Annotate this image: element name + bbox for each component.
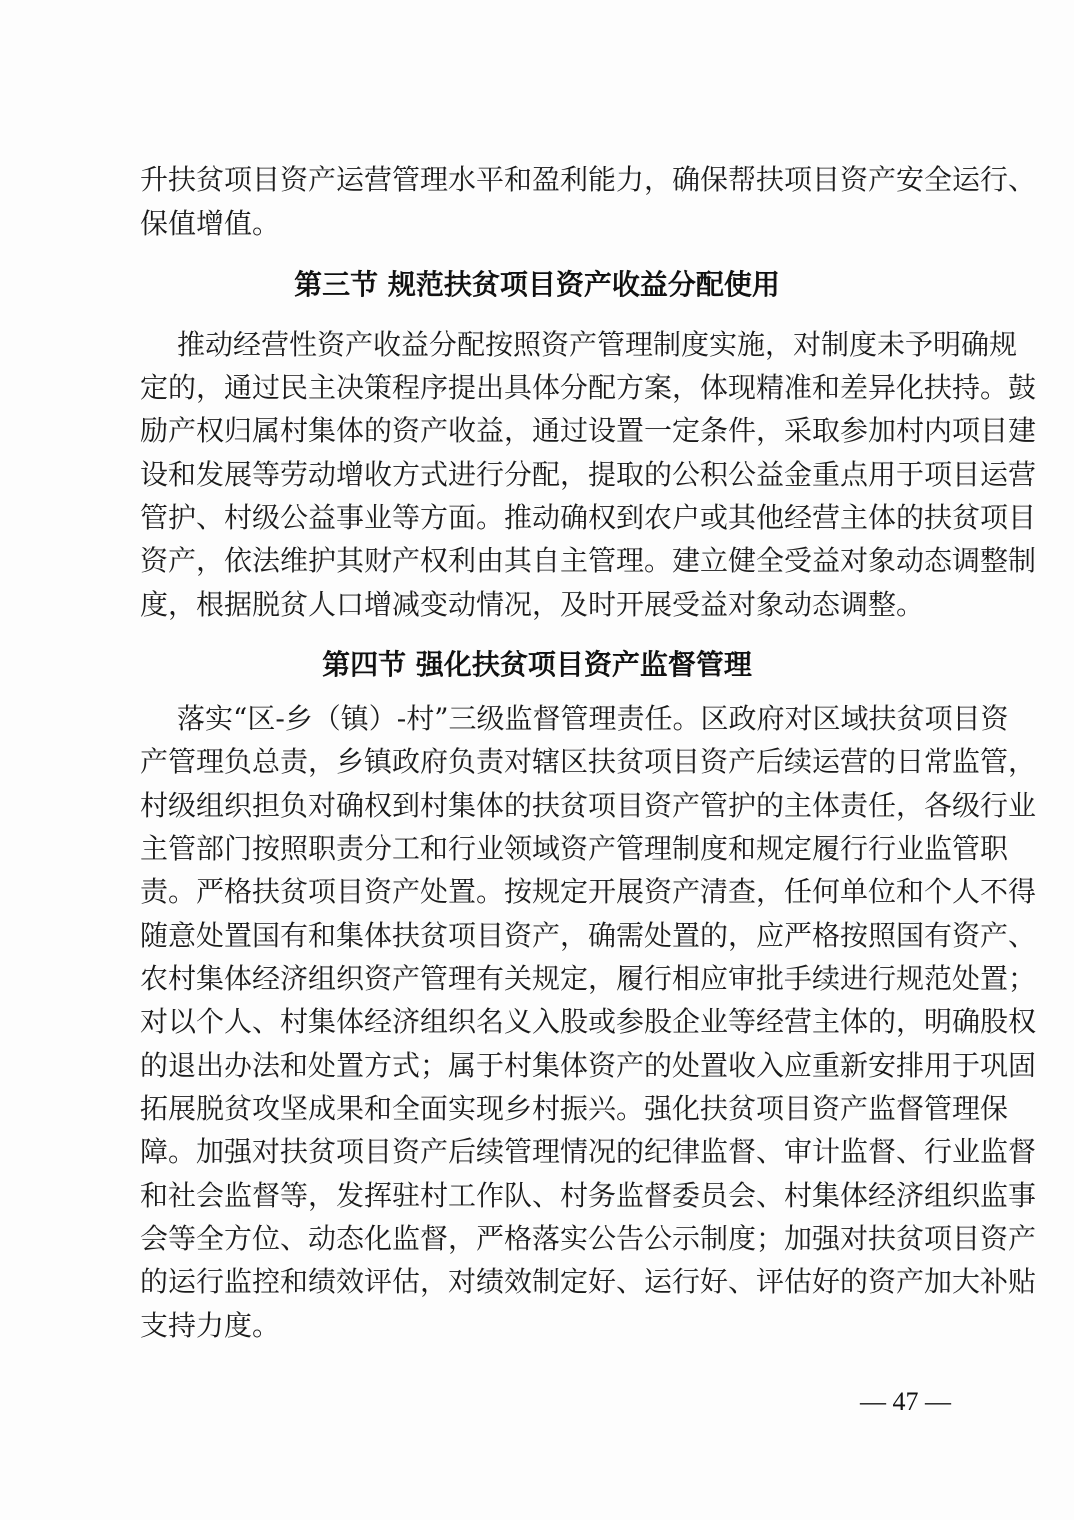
paragraph-line: 支持力度。 xyxy=(140,1304,936,1348)
paragraph-line: 农村集体经济组织资产管理有关规定，履行相应审批手续进行规范处置； xyxy=(140,957,936,1001)
section-heading: 第三节 规范扶贫项目资产收益分配使用 xyxy=(0,265,1074,305)
paragraph-line: 推动经营性资产收益分配按照资产管理制度实施，对制度未予明确规 xyxy=(177,323,936,367)
paragraph-line: 励产权归属村集体的资产收益，通过设置一定条件，采取参加村内项目建 xyxy=(140,409,936,453)
paragraph-line: 设和发展等劳动增收方式进行分配，提取的公积公益金重点用于项目运营 xyxy=(140,453,936,497)
page-number: — 47 — xyxy=(860,1384,944,1420)
paragraph-line: 管护、村级公益事业等方面。推动确权到农户或其他经营主体的扶贫项目 xyxy=(140,496,936,540)
paragraph-line: 的退出办法和处置方式；属于村集体资产的处置收入应重新安排用于巩固 xyxy=(140,1044,936,1088)
paragraph-line: 升扶贫项目资产运营管理水平和盈利能力，确保帮扶项目资产安全运行、 xyxy=(140,158,936,202)
paragraph-line: 度，根据脱贫人口增减变动情况，及时开展受益对象动态调整。 xyxy=(140,583,936,627)
paragraph-line: 保值增值。 xyxy=(140,202,936,246)
paragraph-line: 责。严格扶贫项目资产处置。按规定开展资产清查，任何单位和个人不得 xyxy=(140,870,936,914)
paragraph-line: 资产，依法维护其财产权利由其自主管理。建立健全受益对象动态调整制 xyxy=(140,539,936,583)
paragraph-line: 定的，通过民主决策程序提出具体分配方案，体现精准和差异化扶持。鼓 xyxy=(140,366,936,410)
paragraph-line: 的运行监控和绩效评估，对绩效制定好、运行好、评估好的资产加大补贴 xyxy=(140,1260,936,1304)
paragraph-line: 产管理负总责，乡镇政府负责对辖区扶贫项目资产后续运营的日常监管， xyxy=(140,740,936,784)
paragraph-line: 会等全方位、动态化监督，严格落实公告公示制度；加强对扶贫项目资产 xyxy=(140,1217,936,1261)
document-page: 升扶贫项目资产运营管理水平和盈利能力，确保帮扶项目资产安全运行、 保值增值。 第… xyxy=(0,0,1074,1520)
paragraph-line: 落实“区-乡（镇）-村”三级监督管理责任。区政府对区域扶贫项目资 xyxy=(177,697,936,741)
paragraph-line: 村级组织担负对确权到村集体的扶贫项目资产管护的主体责任，各级行业 xyxy=(140,784,936,828)
paragraph-line: 障。加强对扶贫项目资产后续管理情况的纪律监督、审计监督、行业监督 xyxy=(140,1130,936,1174)
paragraph-line: 主管部门按照职责分工和行业领域资产管理制度和规定履行行业监管职 xyxy=(140,827,936,871)
paragraph-line: 对以个人、村集体经济组织名义入股或参股企业等经营主体的，明确股权 xyxy=(140,1000,936,1044)
paragraph-line: 和社会监督等，发挥驻村工作队、村务监督委员会、村集体经济组织监事 xyxy=(140,1174,936,1218)
paragraph-line: 随意处置国有和集体扶贫项目资产，确需处置的，应严格按照国有资产、 xyxy=(140,914,936,958)
section-heading: 第四节 强化扶贫项目资产监督管理 xyxy=(0,645,1074,685)
paragraph-line: 拓展脱贫攻坚成果和全面实现乡村振兴。强化扶贫项目资产监督管理保 xyxy=(140,1087,936,1131)
